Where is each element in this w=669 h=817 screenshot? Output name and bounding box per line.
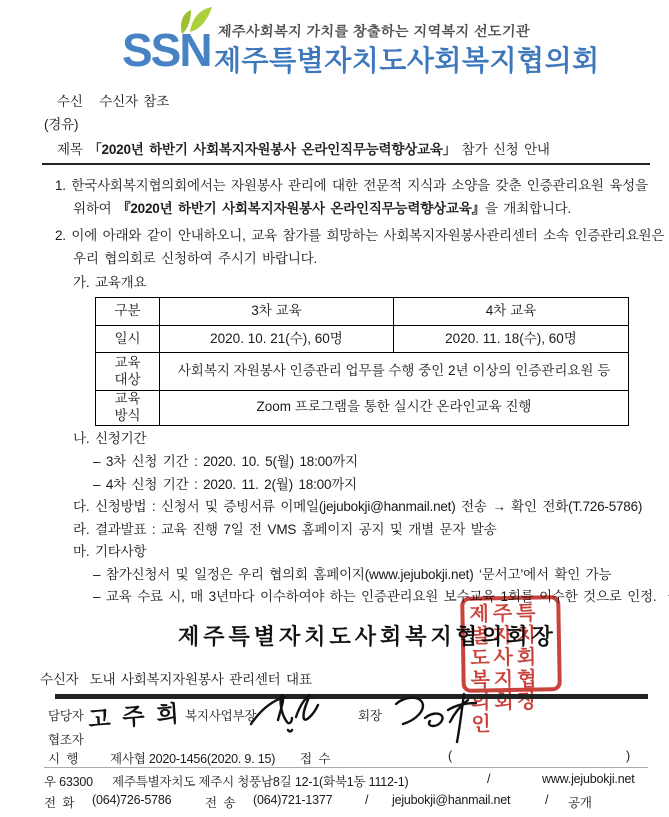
receipt-paren-close: ) xyxy=(626,749,630,763)
row-label-target-line2: 대상 xyxy=(114,372,140,387)
receipt-paren-open: ( xyxy=(448,749,452,763)
row-label-target-line1: 교육 xyxy=(114,355,140,370)
section-ma-heading: 마. 기타사항 xyxy=(73,540,146,560)
table-row-target: 교육대상 사회복지 자원봉사 인증관리 업무를 수행 중인 2년 이상의 인증관… xyxy=(96,353,629,391)
table-header-gubun: 구분 xyxy=(96,298,160,326)
footer-thin-rule xyxy=(44,767,648,768)
leaf-icon xyxy=(170,6,216,36)
staff-label: 담당자 xyxy=(48,706,84,724)
section-da-line: 다. 신청방법 : 신청서 및 증빙서류 이메일(jejubokji@hanma… xyxy=(73,495,642,515)
cell-date-4th: 2020. 11. 18(수), 60명 xyxy=(394,326,629,353)
fax-label: 전 송 xyxy=(205,793,235,811)
na-item-1: – 3차 신청 기간 : 2020. 10. 5(월) 18:00까지 xyxy=(93,450,358,470)
tel-value: (064)726-5786 xyxy=(92,793,171,807)
table-row-method: 교육방식 Zoom 프로그램을 통한 실시간 온라인교육 진행 xyxy=(96,391,629,426)
subject-tail: 참가 신청 안내 xyxy=(456,142,550,157)
cooperator-label: 협조자 xyxy=(48,730,84,748)
recipient-line: 수신 수신자 참조 xyxy=(57,90,169,110)
via-line: (경유) xyxy=(44,113,78,133)
tel-label: 전 화 xyxy=(44,793,74,811)
website-value: www.jejubokji.net xyxy=(542,772,634,786)
na-item-2: – 4차 신청 기간 : 2020. 11. 2(월) 18:00까지 xyxy=(93,473,357,493)
row-label-target: 교육대상 xyxy=(96,353,160,391)
section-ga-heading: 가. 교육개요 xyxy=(73,271,146,291)
table-header-3rd: 3차 교육 xyxy=(160,298,394,326)
subject-divider xyxy=(42,163,650,165)
table-header-row: 구분 3차 교육 4차 교육 xyxy=(96,298,629,326)
receipt-label: 접 수 xyxy=(300,749,330,767)
address-slash: / xyxy=(487,772,490,786)
subject-bracketed: 「2020년 하반기 사회복지자원봉사 온라인직무능력향상교육」 xyxy=(88,142,456,157)
letterhead-tagline: 제주사회복지 가치를 창출하는 지역복지 선도기관 xyxy=(217,21,530,41)
p1-bracketed: 『2020년 하반기 사회복지자원봉사 온라인직무능력향상교육』 xyxy=(117,201,485,216)
cell-date-3rd: 2020. 10. 21(수), 60명 xyxy=(160,326,394,353)
table-row-date: 일시 2020. 10. 21(수), 60명 2020. 11. 18(수),… xyxy=(96,326,629,353)
ma-item-1: – 참가신청서 및 일정은 우리 협의회 홈페이지(www.jejubokji.… xyxy=(93,563,611,583)
p1-prefix: 위하여 xyxy=(73,201,117,216)
paragraph-1-line-1: 1. 한국사회복지협의회에서는 자원봉사 관리에 대한 전문적 지식과 소양을 … xyxy=(55,174,648,194)
row-label-date: 일시 xyxy=(96,326,160,353)
chair-label: 회장 xyxy=(358,706,382,724)
dept-head-signature xyxy=(248,692,328,738)
dept-head-label: 복지사업부장 xyxy=(185,706,256,724)
address-value: 제주특별자치도 제주시 청풍남8길 12-1(화북1동 1112-1) xyxy=(112,772,408,790)
exec-value: 제사협 2020-1456(2020. 9. 15) xyxy=(110,749,275,767)
p1-tail: 을 개최합니다. xyxy=(485,201,571,216)
education-overview-table: 구분 3차 교육 4차 교육 일시 2020. 10. 21(수), 60명 2… xyxy=(95,297,629,426)
disclosure-value: 공개 xyxy=(568,793,592,811)
row-label-method-line1: 교육 xyxy=(114,391,140,406)
paragraph-1-line-2: 위하여 『2020년 하반기 사회복지자원봉사 온라인직무능력향상교육』을 개최… xyxy=(73,197,571,217)
document-page: SSN 제주사회복지 가치를 창출하는 지역복지 선도기관 제주특별자치도사회복… xyxy=(0,0,669,817)
cell-target-merged: 사회복지 자원봉사 인증관리 업무를 수행 중인 2년 이상의 인증관리요원 등 xyxy=(160,353,629,391)
section-na-heading: 나. 신청기간 xyxy=(73,427,146,447)
email-value: jejubokji@hanmail.net xyxy=(392,793,510,807)
paragraph-2-line-1: 2. 이에 아래와 같이 안내하오니, 교육 참가를 희망하는 사회복지자원봉사… xyxy=(55,224,664,244)
row-label-method-line2: 방식 xyxy=(114,408,140,423)
section-ra-line: 라. 결과발표 : 교육 진행 7일 전 VMS 홈페이지 공지 및 개별 문자… xyxy=(73,518,496,538)
row-label-method: 교육방식 xyxy=(96,391,160,426)
subject-line: 제목 「2020년 하반기 사회복지자원봉사 온라인직무능력향상교육」 참가 신… xyxy=(57,138,550,158)
ma-item-2: – 교육 수료 시, 매 3년마다 이수하여야 하는 인증관리요원 보수교육 1… xyxy=(93,585,669,605)
staff-signature: 고주희 xyxy=(87,694,192,734)
table-header-4th: 4차 교육 xyxy=(394,298,629,326)
chair-signature xyxy=(392,692,484,744)
postal-label: 우 63300 xyxy=(44,772,93,790)
cell-method-merged: Zoom 프로그램을 통한 실시간 온라인교육 진행 xyxy=(160,391,629,426)
paragraph-2-line-2: 우리 협의회로 신청하여 주시기 바랍니다. xyxy=(73,247,317,267)
official-seal: 제주특별자치도사회복지협의회장인 xyxy=(460,595,562,693)
distribution-recipient-line: 수신자 도내 사회복지자원봉사 관리센터 대표 xyxy=(40,668,312,688)
footer-slash-3: / xyxy=(545,793,548,807)
subject-label: 제목 xyxy=(57,142,88,157)
fax-value: (064)721-1377 xyxy=(253,793,332,807)
exec-label: 시 행 xyxy=(48,749,78,767)
letterhead-org-name: 제주특별자치도사회복지협의회 xyxy=(214,39,600,79)
footer-slash-2: / xyxy=(365,793,368,807)
